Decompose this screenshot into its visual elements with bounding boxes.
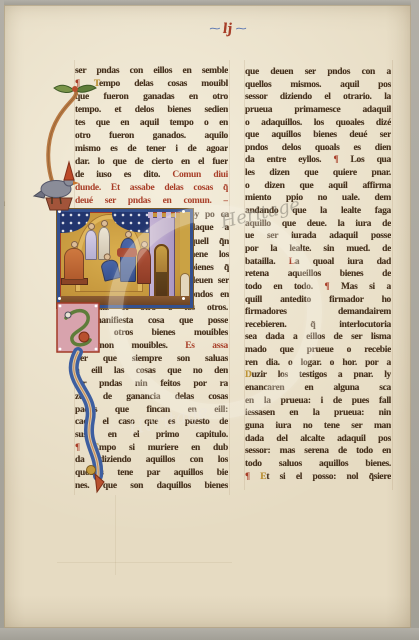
text-line: daque a	[190, 222, 229, 235]
text-line: quell q̃n	[190, 236, 229, 249]
text-segment: quoales tene par aquillos bie	[75, 468, 228, 478]
text-segment: sea dada a eillos de ser lisma	[245, 332, 391, 342]
ruling-line	[115, 495, 116, 575]
text-segment: pndos delos quoals es dien	[245, 143, 391, 153]
text-segment: tempo. et delos bienes sedien	[75, 105, 228, 115]
text-segment: ren dia. o logar. o hor. por a	[245, 358, 391, 368]
text-line: nes. que son daquillos bienes	[75, 480, 228, 493]
text-line: retena aqueillos bienes de	[245, 268, 391, 281]
text-line: les dizen que quiere pnar.	[245, 167, 391, 180]
text-line: dar. lo que de cierto en el fuer	[75, 156, 228, 169]
text-line: desce otros bienes mouibles	[75, 327, 228, 340]
text-line: miento ppio no uale. dem	[245, 192, 391, 205]
text-line: guna iura no tene ser man	[245, 420, 391, 433]
text-line: Duzir los testigos a pnar. ly	[245, 369, 391, 382]
text-segment: da entre eyllos.	[245, 155, 333, 165]
text-line: todo en todo. ¶ Mas si a	[245, 281, 391, 294]
text-segment: iessasen en la prueua: nin	[245, 408, 391, 418]
text-line: sea dada a eillos de ser lisma	[245, 331, 391, 344]
seated-judge-figure	[64, 248, 84, 280]
text-line: que aquillos bienes deué ser	[245, 129, 391, 142]
text-segment: empo delas cosas mouibl	[99, 79, 228, 89]
small-side-door	[181, 274, 189, 296]
text-line: mado que prueue o recebie	[245, 344, 391, 357]
text-segment: dada del alcalte adaquil pos	[245, 434, 391, 444]
text-line: o dizen que aquil affirma	[245, 180, 391, 193]
text-line: dada del alcalte adaquil pos	[245, 433, 391, 446]
text-segment: ser pndas nin feitos por ra	[75, 379, 228, 389]
text-segment: les dizen que quiere pnar.	[245, 168, 391, 178]
text-line: pndos delos quoals es dien	[245, 142, 391, 155]
text-segment: ue ser iurada adaquil posse	[245, 231, 391, 241]
historiated-miniature	[57, 209, 193, 308]
text-line: que fueron ganadas en otro	[75, 91, 228, 104]
text-segment: dunde. Et assabe delas cosas q̃	[75, 183, 228, 193]
tower	[150, 218, 174, 299]
frame-dot	[58, 210, 61, 213]
text-line: en la prueua: i de pues fall	[245, 395, 391, 408]
tower-door	[154, 244, 169, 298]
right-column: que deuen ser pndos con a quellos mismos…	[245, 66, 391, 483]
text-segment: aquillo que deue. la iura de	[245, 219, 391, 229]
miniature-floor	[60, 296, 190, 305]
text-segment: quill antedito firmador ho	[245, 295, 391, 305]
text-line: quoales tene par aquillos bie	[75, 467, 228, 480]
text-segment: deuen ser	[190, 276, 229, 286]
text-line: pndos en	[190, 289, 229, 302]
text-segment: tes que en aquil tempo o en	[75, 118, 228, 128]
text-segment: dar. lo que de cierto en el fuer	[75, 157, 228, 167]
text-segment: o adaquillos. los quoales dizé	[245, 118, 391, 128]
text-segment: Mas si a	[341, 282, 391, 292]
text-segment: Comun diui	[172, 170, 228, 180]
text-segment: ¶	[75, 443, 93, 453]
text-line: otro fueron ganados. aquilo	[75, 130, 228, 143]
flourish-left-icon: ⁓	[209, 24, 220, 35]
quire-mark-glyph: lj	[223, 22, 234, 37]
text-line: firmadores demandairem	[245, 306, 391, 319]
text-segment: todo saluos aquillos bienes.	[245, 459, 391, 469]
figure-in-doorway	[137, 248, 151, 284]
text-line: cado el caso que es puesto de	[75, 416, 228, 429]
text-segment: padas que fincan en eill:	[75, 405, 228, 415]
text-segment: por la lealte. sin mued. de	[245, 244, 391, 254]
text-line: todo saluos aquillos bienes.	[245, 458, 391, 471]
ruling-line	[57, 562, 232, 563]
photo-mat-edge	[0, 628, 419, 640]
text-segment: a eill las cosas que no den	[75, 366, 228, 376]
text-line: sessor: mas serena de todo en	[245, 445, 391, 458]
text-segment: todo en todo.	[245, 282, 324, 292]
text-segment: firmadores demandairem	[245, 307, 391, 317]
text-segment: miento ppio no uale. dem	[245, 193, 391, 203]
text-line: ser pndas nin feitos por ra	[75, 378, 228, 391]
text-line: ren dia. o logar. o hor. por a	[245, 357, 391, 370]
text-segment: cado el caso que es puesto de	[75, 417, 228, 427]
text-segment: quell q̃n	[190, 237, 229, 247]
text-line: prueua primamesce adaquil	[245, 104, 391, 117]
text-line: da diziendo aquillos con los	[75, 454, 228, 467]
text-line: et non mouibles. Es assa	[75, 340, 228, 353]
text-segment: sessor: mas serena de todo en	[245, 446, 391, 456]
ruling-line	[229, 60, 230, 495]
text-segment: retena aqueillos bienes de	[245, 269, 391, 279]
text-segment: ¶	[75, 79, 94, 89]
text-line: dunde. Et assabe delas cosas q̃	[75, 182, 228, 195]
text-line: de iuso es dito. Comun diui	[75, 169, 228, 182]
text-line: mismo es de tener i de agoar	[75, 143, 228, 156]
text-line: da entre eyllos. ¶ Los qua	[245, 154, 391, 167]
text-segment: guna iura no tene ser man	[245, 421, 391, 431]
text-segment: otro fueron ganados. aquilo	[75, 131, 228, 141]
text-segment: pndos en	[190, 290, 229, 300]
text-segment: uzir los testigos a pnar. ly	[252, 370, 391, 380]
quire-mark: ⁓ lj ⁓	[196, 17, 260, 41]
text-segment: prueua primamesce adaquil	[245, 105, 391, 115]
text-line: tempo. et delos bienes sedien	[75, 104, 228, 117]
text-line: que deuen ser pndos con a	[245, 66, 391, 79]
text-line: quill antedito firmador ho	[245, 294, 391, 307]
text-segment: o dizen que aquil affirma	[245, 181, 391, 191]
left-column-bottom: ne eill. et otro o los otros. e manifies…	[75, 302, 228, 492]
text-segment: que deuen ser pndos con a	[245, 67, 391, 77]
text-segment: que fueron ganadas en otro	[75, 92, 228, 102]
text-segment: que aquillos bienes deué ser	[245, 130, 391, 140]
text-segment: mismo es de tener i de agoar	[75, 144, 228, 154]
text-line: por la lealte. sin mued. de	[245, 243, 391, 256]
text-segment: deué ser pndas en comun. –	[75, 196, 228, 206]
text-line: zon de ganancia delas cosas	[75, 391, 228, 404]
text-segment: e manifiesta cosa que posse	[75, 316, 228, 326]
text-segment: recebieren. q̃ interlocutoria	[245, 320, 391, 330]
text-line: deué ser pndas en comun. –	[75, 195, 228, 208]
text-line: suso en el primo capitulo.	[75, 429, 228, 442]
text-line: iessasen en la prueua: nin	[245, 407, 391, 420]
text-line: quellos mismos. aquil pos	[245, 79, 391, 92]
left-column-top: ser pndas con eillos en semble ¶ Tempo d…	[75, 65, 228, 208]
pleading-figure	[120, 238, 136, 282]
text-segment: Es assa	[185, 341, 228, 351]
text-segment: t si el posso: nol q̃siere	[266, 472, 391, 482]
text-segment: zon de ganancia delas cosas	[75, 392, 228, 402]
text-line: e manifiesta cosa que posse	[75, 315, 228, 328]
photo-mat-edge	[411, 0, 419, 640]
text-segment: ¶	[245, 472, 260, 482]
text-segment: nene los	[190, 250, 229, 260]
frame-dot	[182, 297, 185, 300]
text-segment: a quoal iura dad	[295, 257, 391, 267]
text-segment: batailla.	[245, 257, 289, 267]
text-segment: mado que prueue o recebie	[245, 345, 391, 355]
text-line: bienes q̃	[190, 262, 229, 275]
text-segment: sessor diziendo el otrario. la	[245, 92, 391, 102]
frame-dot	[182, 210, 185, 213]
text-line: ¶ Et si el posso: nol q̃siere	[245, 471, 391, 484]
text-segment: da diziendo aquillos con los	[75, 455, 228, 465]
photo-mat-edge	[0, 0, 4, 640]
red-mantle	[117, 248, 137, 257]
text-line: padas que fincan en eill:	[75, 404, 228, 417]
manuscript-photo: ⁓ lj ⁓ al ser pndas con eillos en semble…	[0, 0, 419, 640]
text-line: ¶ Tempo delas cosas mouibl	[75, 78, 228, 91]
text-segment: en la prueua: i de pues fall	[245, 396, 391, 406]
text-line: ser pndas con eillos en semble	[75, 65, 228, 78]
text-segment: oy po ca	[190, 210, 229, 220]
text-segment: Los qua	[350, 155, 391, 165]
text-line: deuen ser	[190, 275, 229, 288]
flourish-right-icon: ⁓	[236, 24, 247, 35]
left-column-beside-miniature: oy po ca daque a quell q̃n nene los bien…	[190, 209, 229, 302]
text-line: ue ser iurada adaquil posse	[245, 230, 391, 243]
text-line: ber que siempre son saluas	[75, 353, 228, 366]
text-line: enancaren en alguna sca	[245, 382, 391, 395]
text-segment: quellos mismos. aquil pos	[245, 80, 391, 90]
text-line: a eill las cosas que no den	[75, 365, 228, 378]
text-segment: enancaren en alguna sca	[245, 383, 391, 393]
text-segment: ber que siempre son saluas	[75, 354, 228, 364]
photo-mat-edge	[0, 0, 419, 5]
text-segment: suso en el primo capitulo.	[75, 430, 228, 440]
text-segment: andando que la lealte faga	[245, 206, 391, 216]
text-line: andando que la lealte faga	[245, 205, 391, 218]
text-line: o adaquillos. los quoales dizé	[245, 117, 391, 130]
attendant-figure	[85, 230, 97, 260]
text-line: batailla. La quoal iura dad	[245, 256, 391, 269]
text-segment: et non mouibles.	[75, 341, 185, 351]
text-line: aquillo que deue. la iura de	[245, 218, 391, 231]
text-line: recebieren. q̃ interlocutoria	[245, 319, 391, 332]
text-segment: mpo si muriere en dub	[99, 443, 228, 453]
frame-dot	[58, 297, 61, 300]
text-segment: ¶	[324, 282, 341, 292]
text-segment: daque a	[190, 223, 229, 233]
text-line: ¶ Empo si muriere en dub	[75, 442, 228, 455]
text-segment: nes. que son daquillos bienes	[75, 481, 228, 491]
text-segment: desce otros bienes mouibles	[75, 328, 228, 338]
text-segment: bienes q̃	[190, 263, 229, 273]
text-line: nene los	[190, 249, 229, 262]
text-segment: ¶	[333, 155, 350, 165]
text-line: tes que en aquil tempo o en	[75, 117, 228, 130]
text-line: sessor diziendo el otrario. la	[245, 91, 391, 104]
text-segment: ser pndas con eillos en semble	[75, 66, 228, 76]
text-line: oy po ca	[190, 209, 229, 222]
ruling-line	[392, 60, 393, 490]
text-segment: de iuso es dito.	[75, 170, 172, 180]
